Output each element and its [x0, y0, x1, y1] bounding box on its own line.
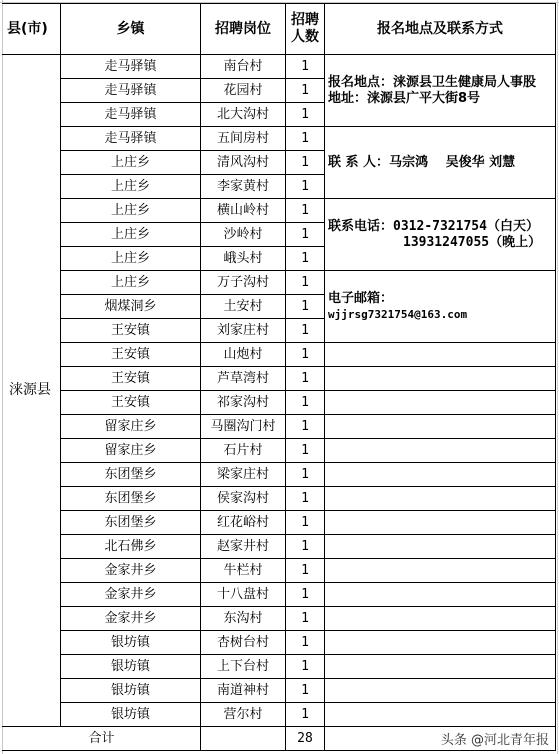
recruitment-table: 县(市) 乡镇 招聘岗位 招聘人数 报名地点及联系方式 涞源县走马驿镇南台村1报…	[2, 3, 556, 751]
contact-empty-cell[interactable]	[325, 367, 556, 391]
count-cell[interactable]: 1	[286, 199, 325, 223]
count-cell[interactable]: 1	[286, 439, 325, 463]
count-cell[interactable]: 1	[286, 415, 325, 439]
village-cell[interactable]: 芦草湾村	[201, 367, 286, 391]
contact-location-cell[interactable]: 报名地点：涞源县卫生健康局人事股地址：涞源县广平大街8号	[325, 55, 556, 127]
town-cell[interactable]: 王安镇	[61, 343, 201, 367]
village-cell[interactable]: 营尔村	[201, 703, 286, 727]
contact-empty-cell[interactable]	[325, 463, 556, 487]
village-cell[interactable]: 横山岭村	[201, 199, 286, 223]
count-cell[interactable]: 1	[286, 511, 325, 535]
town-cell[interactable]: 王安镇	[61, 391, 201, 415]
phone-label: 联系电话：	[328, 219, 393, 234]
town-cell[interactable]: 王安镇	[61, 319, 201, 343]
table-row: 金家井乡十八盘村1	[3, 583, 556, 607]
town-cell[interactable]: 王安镇	[61, 367, 201, 391]
contact-phone-cell[interactable]: 联系电话：0312-7321754（白天）13931247055（晚上）	[325, 199, 556, 271]
phone-night-line: 13931247055（晚上）	[328, 235, 541, 251]
town-cell[interactable]: 留家庄乡	[61, 415, 201, 439]
table-row: 银坊镇上下台村1	[3, 655, 556, 679]
village-cell[interactable]: 杏树台村	[201, 631, 286, 655]
count-cell[interactable]: 1	[286, 607, 325, 631]
contact-persons-cell[interactable]: 联 系 人：马宗鸿 吴俊华 刘慧	[325, 127, 556, 199]
header-county[interactable]: 县(市)	[3, 4, 61, 55]
contact-empty-cell[interactable]	[325, 607, 556, 631]
village-cell[interactable]: 石片村	[201, 439, 286, 463]
location-label: 报名地点：	[328, 75, 393, 90]
village-cell[interactable]: 花园村	[201, 79, 286, 103]
count-cell[interactable]: 1	[286, 391, 325, 415]
total-position-cell[interactable]	[201, 727, 286, 751]
contact-empty-cell[interactable]	[325, 415, 556, 439]
village-cell[interactable]: 刘家庄村	[201, 319, 286, 343]
count-cell[interactable]: 1	[286, 151, 325, 175]
header-count[interactable]: 招聘人数	[286, 4, 325, 55]
town-cell[interactable]: 上庄乡	[61, 151, 201, 175]
table-row: 北石佛乡赵家井村1	[3, 535, 556, 559]
count-cell[interactable]: 1	[286, 559, 325, 583]
phone-night-note: （晚上）	[489, 235, 541, 250]
table-row: 东团堡乡红花峪村1	[3, 511, 556, 535]
count-cell[interactable]: 1	[286, 247, 325, 271]
watermark: 头条 @河北青年报	[439, 729, 551, 748]
town-cell[interactable]: 东团堡乡	[61, 487, 201, 511]
town-cell[interactable]: 上庄乡	[61, 223, 201, 247]
contact-empty-cell[interactable]	[325, 439, 556, 463]
count-cell[interactable]: 1	[286, 343, 325, 367]
table-row: 王安镇祁家沟村1	[3, 391, 556, 415]
count-cell[interactable]: 1	[286, 271, 325, 295]
email-value: wjjrsg7321754@163.com	[328, 308, 467, 321]
persons-value: 马宗鸿 吴俊华 刘慧	[389, 155, 515, 170]
town-cell[interactable]: 走马驿镇	[61, 79, 201, 103]
email-label: 电子邮箱：	[328, 291, 393, 306]
header-position[interactable]: 招聘岗位	[201, 4, 286, 55]
town-cell[interactable]: 上庄乡	[61, 175, 201, 199]
table-row: 走马驿镇五间房村1联 系 人：马宗鸿 吴俊华 刘慧	[3, 127, 556, 151]
table-row: 东团堡乡梁家庄村1	[3, 463, 556, 487]
town-cell[interactable]: 上庄乡	[61, 247, 201, 271]
spreadsheet: 县(市) 乡镇 招聘岗位 招聘人数 报名地点及联系方式 涞源县走马驿镇南台村1报…	[0, 0, 559, 754]
table-row: 涞源县走马驿镇南台村1报名地点：涞源县卫生健康局人事股地址：涞源县广平大街8号	[3, 55, 556, 79]
contact-empty-cell[interactable]	[325, 631, 556, 655]
contact-empty-cell[interactable]	[325, 343, 556, 367]
persons-label: 联 系 人：	[328, 155, 389, 170]
town-cell[interactable]: 金家井乡	[61, 583, 201, 607]
town-cell[interactable]: 上庄乡	[61, 271, 201, 295]
town-cell[interactable]: 银坊镇	[61, 655, 201, 679]
village-cell[interactable]: 李家黄村	[201, 175, 286, 199]
count-cell[interactable]: 1	[286, 295, 325, 319]
contact-empty-cell[interactable]	[325, 535, 556, 559]
town-cell[interactable]: 走马驿镇	[61, 103, 201, 127]
village-cell[interactable]: 赵家井村	[201, 535, 286, 559]
count-cell[interactable]: 1	[286, 367, 325, 391]
total-label-cell[interactable]: 合计	[3, 727, 201, 751]
village-cell[interactable]: 土安村	[201, 295, 286, 319]
header-town[interactable]: 乡镇	[61, 4, 201, 55]
county-cell[interactable]: 涞源县	[3, 55, 61, 727]
table-row: 金家井乡牛栏村1	[3, 559, 556, 583]
table-row: 留家庄乡马圈沟门村1	[3, 415, 556, 439]
village-cell[interactable]: 红花峪村	[201, 511, 286, 535]
town-cell[interactable]: 银坊镇	[61, 679, 201, 703]
count-cell[interactable]: 1	[286, 631, 325, 655]
table-row: 王安镇芦草湾村1	[3, 367, 556, 391]
contact-empty-cell[interactable]	[325, 655, 556, 679]
header-row: 县(市) 乡镇 招聘岗位 招聘人数 报名地点及联系方式	[3, 4, 556, 55]
table-row: 金家井乡东沟村1	[3, 607, 556, 631]
village-cell[interactable]: 万子沟村	[201, 271, 286, 295]
town-cell[interactable]: 留家庄乡	[61, 439, 201, 463]
table-row: 银坊镇杏树台村1	[3, 631, 556, 655]
village-cell[interactable]: 马圈沟门村	[201, 415, 286, 439]
village-cell[interactable]: 南台村	[201, 55, 286, 79]
count-cell[interactable]: 1	[286, 535, 325, 559]
count-cell[interactable]: 1	[286, 487, 325, 511]
count-cell[interactable]: 1	[286, 103, 325, 127]
count-cell[interactable]: 1	[286, 319, 325, 343]
contact-empty-cell[interactable]	[325, 703, 556, 727]
count-cell[interactable]: 1	[286, 679, 325, 703]
phone-day: 0312-7321754	[393, 219, 487, 234]
village-cell[interactable]: 清风沟村	[201, 151, 286, 175]
location-value: 涞源县卫生健康局人事股	[393, 75, 536, 90]
town-cell[interactable]: 上庄乡	[61, 199, 201, 223]
town-cell[interactable]: 烟煤洞乡	[61, 295, 201, 319]
village-cell[interactable]: 梁家庄村	[201, 463, 286, 487]
count-cell[interactable]: 1	[286, 655, 325, 679]
contact-empty-cell[interactable]	[325, 583, 556, 607]
address-label: 地址：	[328, 91, 367, 106]
total-count-cell[interactable]: 28	[286, 727, 325, 751]
town-cell[interactable]: 走马驿镇	[61, 55, 201, 79]
count-cell[interactable]: 1	[286, 55, 325, 79]
village-cell[interactable]: 上下台村	[201, 655, 286, 679]
phone-day-note: （白天）	[487, 219, 539, 234]
village-cell[interactable]: 沙岭村	[201, 223, 286, 247]
count-cell[interactable]: 1	[286, 127, 325, 151]
town-cell[interactable]: 走马驿镇	[61, 127, 201, 151]
town-cell[interactable]: 金家井乡	[61, 559, 201, 583]
village-cell[interactable]: 南道神村	[201, 679, 286, 703]
village-cell[interactable]: 峨头村	[201, 247, 286, 271]
town-cell[interactable]: 东团堡乡	[61, 511, 201, 535]
table-row: 上庄乡横山岭村1联系电话：0312-7321754（白天）13931247055…	[3, 199, 556, 223]
contact-empty-cell[interactable]	[325, 559, 556, 583]
count-cell[interactable]: 1	[286, 583, 325, 607]
village-cell[interactable]: 东沟村	[201, 607, 286, 631]
village-cell[interactable]: 山炮村	[201, 343, 286, 367]
town-cell[interactable]: 银坊镇	[61, 631, 201, 655]
contact-empty-cell[interactable]	[325, 391, 556, 415]
address-value: 涞源县广平大街8号	[367, 91, 480, 106]
table-row: 银坊镇南道神村1	[3, 679, 556, 703]
grid-line	[557, 0, 558, 754]
table-row: 王安镇山炮村1	[3, 343, 556, 367]
phone-night: 13931247055	[403, 235, 489, 250]
count-cell[interactable]: 1	[286, 223, 325, 247]
contact-empty-cell[interactable]	[325, 679, 556, 703]
count-cell[interactable]: 1	[286, 463, 325, 487]
village-cell[interactable]: 北大沟村	[201, 103, 286, 127]
table-row: 银坊镇营尔村1	[3, 703, 556, 727]
contact-empty-cell[interactable]	[325, 511, 556, 535]
village-cell[interactable]: 侯家沟村	[201, 487, 286, 511]
town-cell[interactable]: 东团堡乡	[61, 463, 201, 487]
village-cell[interactable]: 五间房村	[201, 127, 286, 151]
contact-email-cell[interactable]: 电子邮箱：wjjrsg7321754@163.com	[325, 271, 556, 343]
header-contact[interactable]: 报名地点及联系方式	[325, 4, 556, 55]
count-cell[interactable]: 1	[286, 79, 325, 103]
town-cell[interactable]: 北石佛乡	[61, 535, 201, 559]
contact-empty-cell[interactable]	[325, 487, 556, 511]
town-cell[interactable]: 银坊镇	[61, 703, 201, 727]
town-cell[interactable]: 金家井乡	[61, 607, 201, 631]
village-cell[interactable]: 牛栏村	[201, 559, 286, 583]
village-cell[interactable]: 祁家沟村	[201, 391, 286, 415]
table-row: 留家庄乡石片村1	[3, 439, 556, 463]
table-row: 上庄乡万子沟村1电子邮箱：wjjrsg7321754@163.com	[3, 271, 556, 295]
count-cell[interactable]: 1	[286, 703, 325, 727]
table-row: 东团堡乡侯家沟村1	[3, 487, 556, 511]
village-cell[interactable]: 十八盘村	[201, 583, 286, 607]
count-cell[interactable]: 1	[286, 175, 325, 199]
